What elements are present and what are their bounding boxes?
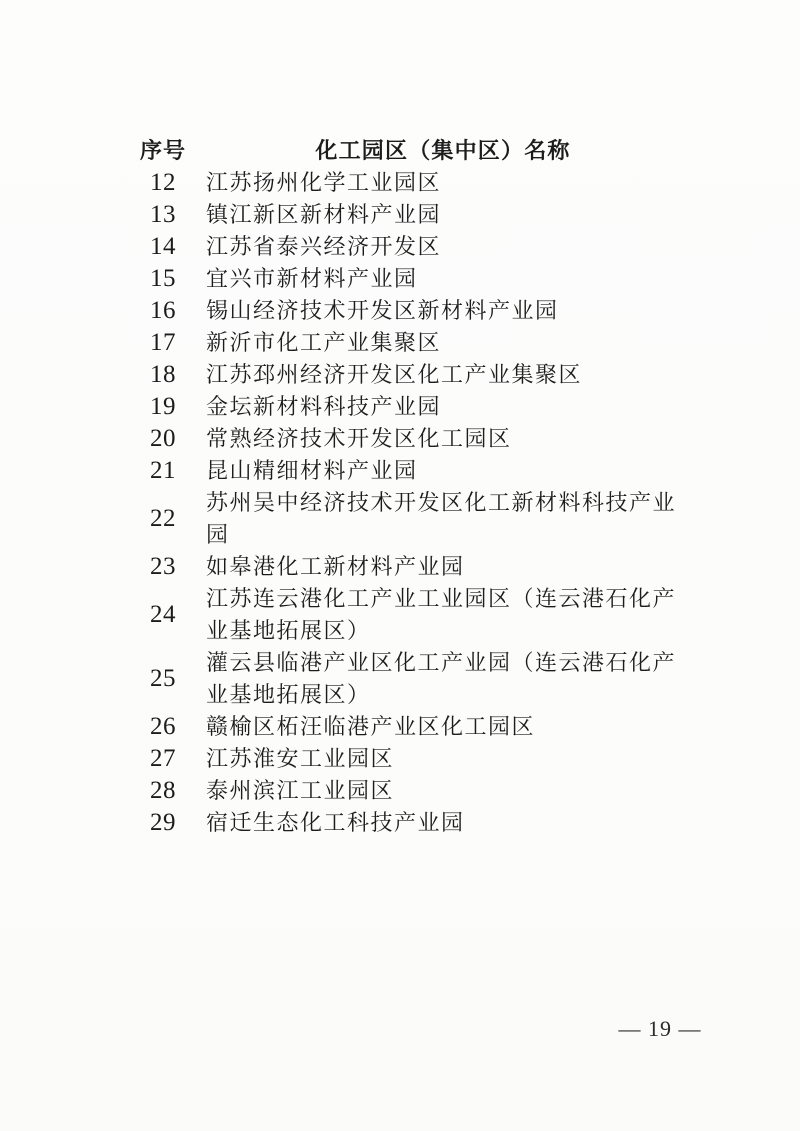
row-index-cell: 24 (136, 599, 190, 631)
table-row: 12 江苏扬州化学工业园区 (136, 167, 680, 199)
row-park-name-cell: 锡山经济技术开发区新材料产业园 (206, 295, 680, 327)
row-index-cell: 25 (136, 663, 190, 695)
table-body: 12 江苏扬州化学工业园区 13 镇江新区新材料产业园 14 江苏省泰兴经济开发… (136, 167, 680, 839)
row-index-cell: 26 (136, 711, 190, 743)
row-park-name-cell: 宜兴市新材料产业园 (206, 263, 680, 295)
row-index-cell: 19 (136, 391, 190, 423)
table-row: 15 宜兴市新材料产业园 (136, 263, 680, 295)
row-index-cell: 12 (136, 167, 190, 199)
row-park-name-cell: 江苏连云港化工产业工业园区（连云港石化产业基地拓展区） (206, 583, 680, 647)
document-page: 序号 化工园区（集中区）名称 12 江苏扬州化学工业园区 13 镇江新区新材料产… (0, 0, 800, 1131)
row-park-name-cell: 江苏淮安工业园区 (206, 743, 680, 775)
page-number: — 19 — (596, 1016, 724, 1042)
row-park-name-cell: 赣榆区柘汪临港产业区化工园区 (206, 711, 680, 743)
row-index-cell: 16 (136, 295, 190, 327)
table-header-row: 序号 化工园区（集中区）名称 (136, 135, 680, 167)
row-park-name-cell: 金坛新材料科技产业园 (206, 391, 680, 423)
row-park-name-cell: 宿迁生态化工科技产业园 (206, 807, 680, 839)
table-row: 21 昆山精细材料产业园 (136, 455, 680, 487)
row-park-name-cell: 常熟经济技术开发区化工园区 (206, 423, 680, 455)
row-park-name-cell: 江苏扬州化学工业园区 (206, 167, 680, 199)
table-row: 16 锡山经济技术开发区新材料产业园 (136, 295, 680, 327)
row-index-cell: 15 (136, 263, 190, 295)
row-park-name-cell: 苏州吴中经济技术开发区化工新材料科技产业园 (206, 487, 680, 551)
table-row: 24 江苏连云港化工产业工业园区（连云港石化产业基地拓展区） (136, 583, 680, 647)
table-row: 28 泰州滨江工业园区 (136, 775, 680, 807)
column-header-name: 化工园区（集中区）名称 (206, 135, 680, 167)
table-row: 13 镇江新区新材料产业园 (136, 199, 680, 231)
table-row: 22 苏州吴中经济技术开发区化工新材料科技产业园 (136, 487, 680, 551)
row-index-cell: 13 (136, 199, 190, 231)
row-index-cell: 18 (136, 359, 190, 391)
row-park-name-cell: 泰州滨江工业园区 (206, 775, 680, 807)
column-header-index: 序号 (136, 135, 190, 167)
row-park-name-cell: 江苏省泰兴经济开发区 (206, 231, 680, 263)
row-index-cell: 28 (136, 775, 190, 807)
row-index-cell: 23 (136, 551, 190, 583)
row-index-cell: 21 (136, 455, 190, 487)
table-row: 19 金坛新材料科技产业园 (136, 391, 680, 423)
row-park-name-cell: 江苏邳州经济开发区化工产业集聚区 (206, 359, 680, 391)
row-index-cell: 20 (136, 423, 190, 455)
row-index-cell: 17 (136, 327, 190, 359)
table-row: 26 赣榆区柘汪临港产业区化工园区 (136, 711, 680, 743)
row-park-name-cell: 镇江新区新材料产业园 (206, 199, 680, 231)
table-row: 27 江苏淮安工业园区 (136, 743, 680, 775)
parks-table: 序号 化工园区（集中区）名称 12 江苏扬州化学工业园区 13 镇江新区新材料产… (136, 135, 680, 839)
row-index-cell: 14 (136, 231, 190, 263)
table-row: 17 新沂市化工产业集聚区 (136, 327, 680, 359)
row-index-cell: 22 (136, 503, 190, 535)
table-row: 29 宿迁生态化工科技产业园 (136, 807, 680, 839)
table-row: 20 常熟经济技术开发区化工园区 (136, 423, 680, 455)
row-index-cell: 27 (136, 743, 190, 775)
row-park-name-cell: 昆山精细材料产业园 (206, 455, 680, 487)
row-park-name-cell: 灌云县临港产业区化工产业园（连云港石化产业基地拓展区） (206, 647, 680, 711)
table-row: 14 江苏省泰兴经济开发区 (136, 231, 680, 263)
table-row: 23 如皋港化工新材料产业园 (136, 551, 680, 583)
row-park-name-cell: 新沂市化工产业集聚区 (206, 327, 680, 359)
table-row: 18 江苏邳州经济开发区化工产业集聚区 (136, 359, 680, 391)
row-index-cell: 29 (136, 807, 190, 839)
row-park-name-cell: 如皋港化工新材料产业园 (206, 551, 680, 583)
table-row: 25 灌云县临港产业区化工产业园（连云港石化产业基地拓展区） (136, 647, 680, 711)
